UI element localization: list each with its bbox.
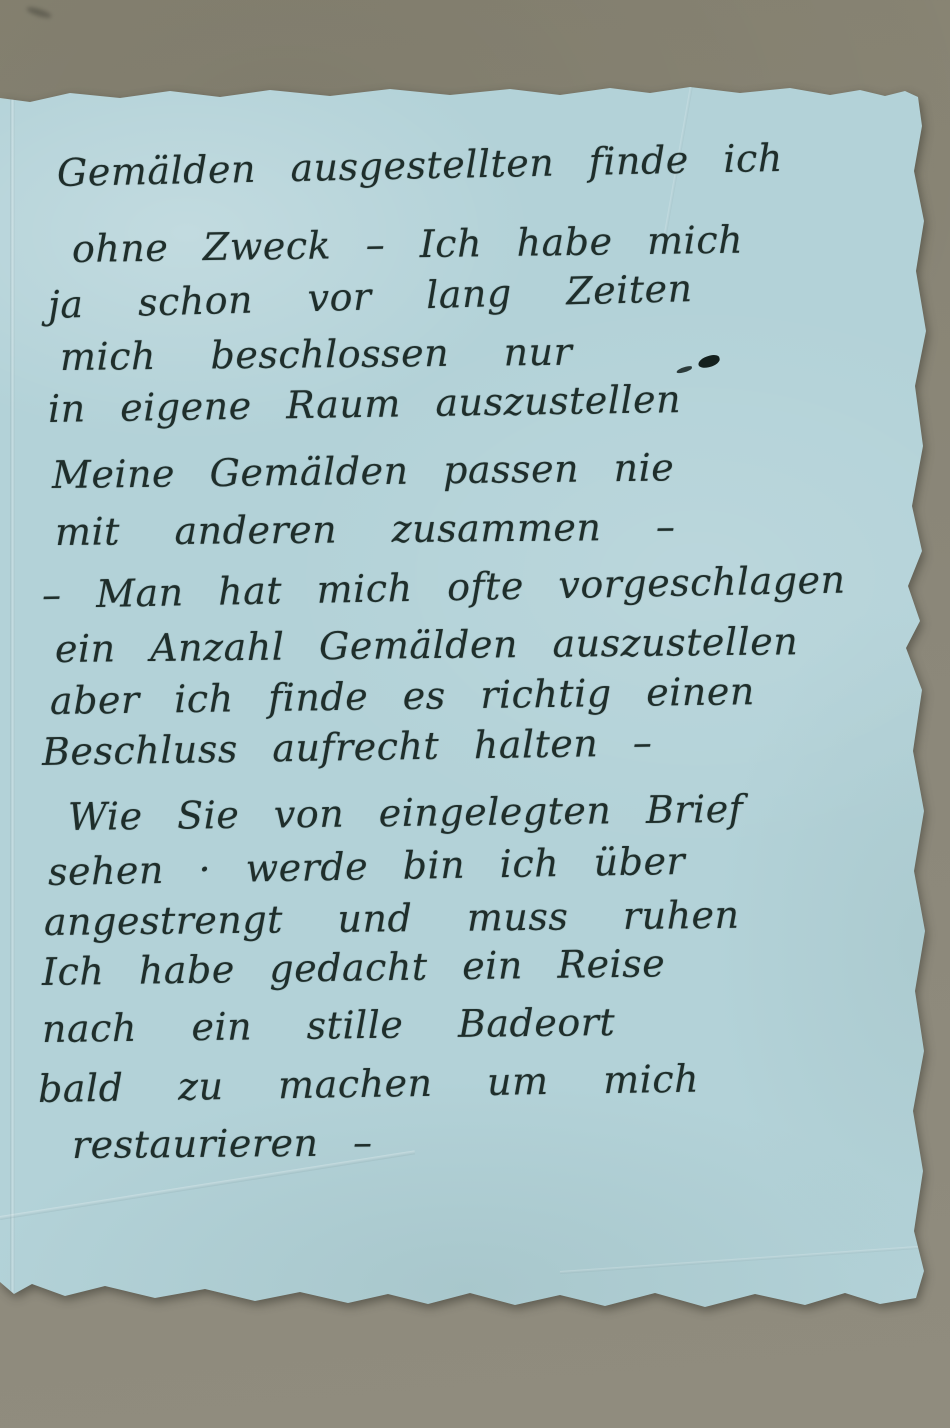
letter-line: mit anderen zusammen – [55, 508, 676, 551]
letter-line: Wie Sie von eingelegten Brief [68, 790, 744, 836]
ink-blot [697, 354, 721, 370]
paper-shadow: Gemälden ausgestellten finde ich ohne Zw… [0, 86, 932, 1312]
letter-line: Gemälden ausgestellten finde ich [57, 139, 784, 192]
letter-line: bald zu machen um mich [38, 1060, 700, 1108]
paper-crease-bottom-right [560, 1244, 939, 1274]
letter-line: Beschluss aufrecht halten – [42, 723, 653, 771]
letter-line: sehen · werde bin ich über [48, 842, 686, 891]
letter-line: ja schon vor lang Zeiten [48, 269, 694, 324]
letter-line: in eigene Raum auszustellen [48, 380, 682, 428]
letter-line: mich beschlossen nur [60, 333, 573, 376]
letter-line: restaurieren – [72, 1123, 373, 1164]
photograph-background: Gemälden ausgestellten finde ich ohne Zw… [0, 0, 950, 1428]
letter-line: Ich habe gedacht ein Reise [42, 944, 666, 991]
letter-line: ohne Zweck – Ich habe mich [72, 221, 744, 268]
letter-line: ein Anzahl Gemälden auszustellen [55, 622, 799, 668]
letter-line: nach ein stille Badeort [42, 1003, 616, 1048]
letter-line: Meine Gemälden passen nie [52, 448, 675, 494]
paper-crease-left-vertical [10, 86, 15, 1312]
letter-line: aber ich finde es richtig einen [50, 672, 755, 720]
background-smudge [26, 5, 53, 20]
letter-line: – Man hat mich ofte vorgeschlagen [42, 561, 846, 614]
letter-line: angestrengt und muss ruhen [44, 896, 740, 941]
handwritten-letter-page: Gemälden ausgestellten finde ich ohne Zw… [0, 86, 932, 1312]
